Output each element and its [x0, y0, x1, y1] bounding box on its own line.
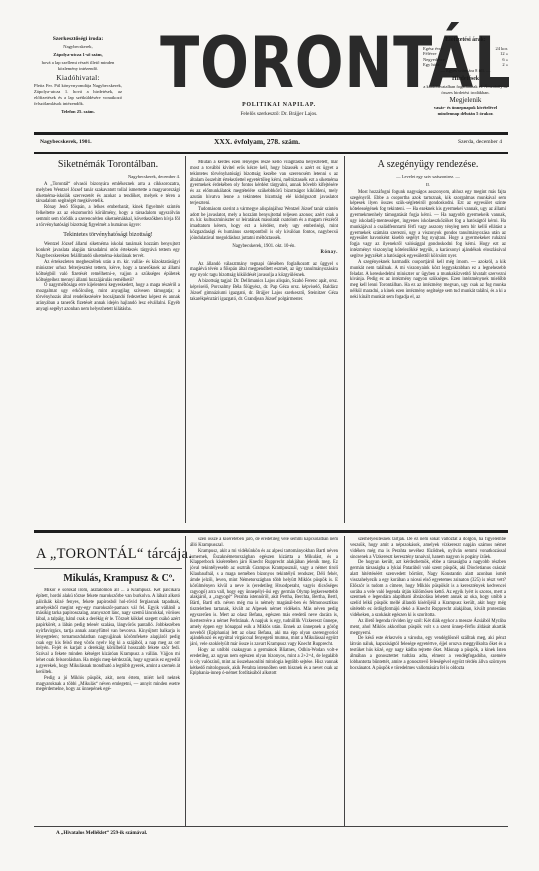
editorial-city: Nagybecskerek,	[34, 44, 122, 50]
article-subtitle: — Levelet egy sziv szászonirez. —	[350, 174, 506, 180]
signature: Rónay.	[190, 250, 338, 256]
paragraph: A bizottság tagjai: Dr. Dellimanics Lajo…	[190, 279, 338, 302]
paragraph: A szegényeknek harmadik csoportjáról kel…	[350, 260, 506, 301]
publisher-heading: Kiadóhivatal:	[34, 75, 122, 81]
feuilleton-col-3: személyesítésnek tartják. De ez nem soka…	[350, 537, 506, 824]
part-number: II.	[350, 182, 506, 188]
paragraph-address: Tekintetes törvényhatósági bizottság!	[36, 233, 180, 239]
paragraph: Hogy az utóbbi csakugyan a germánok Blia…	[190, 648, 338, 677]
volume-number: XXX. évfolyam, 278. szám.	[214, 137, 300, 146]
paragraph: De hogyan került, azt kérdezhetnök, ebbe…	[350, 560, 506, 618]
appears-text: vasár- és ünnepnapok kivételével mindenn…	[423, 105, 508, 116]
article-deaf-mute-cont: Miután a kérdés ezen lényeges része kell…	[190, 160, 338, 520]
paragraph: Mikor e sorokat írom, asztalomon áll ...…	[36, 588, 180, 676]
feuilleton-col-2: szen össze a kiséretében járó, de eredet…	[190, 537, 338, 824]
article-poor-relief: A szegényügy rendezése. — Levelet egy sz…	[350, 158, 506, 515]
publisher-text: Pleitz Fer. Pál könyvnyomdája Nagybecske…	[34, 83, 122, 107]
paragraph: Most hozzáfogni fogunk nagyságos asszony…	[350, 190, 506, 260]
editorial-address: Zápolya-utcza 1-ső szám,	[34, 52, 122, 58]
feuilleton-divider	[34, 530, 508, 533]
price-table: Egész évre24 kor. Félévre12 » Negyedévre…	[423, 46, 508, 68]
paragraph: Az értekezleten megbeszéltek után a m. k…	[36, 260, 180, 283]
dateline: Nagybecskerek, december 4.	[36, 174, 180, 180]
paragraph: Tudomásom szerint a vármegye alispánjáho…	[190, 207, 338, 242]
divider	[34, 152, 508, 154]
article-title: A szegényügy rendezése.	[350, 159, 506, 171]
single-issue-price: — Egyes szám ára 8 fill. —	[423, 68, 508, 74]
article-title: Siketnémák Torontálban.	[36, 159, 180, 171]
appears-heading: Megjelenik	[423, 98, 508, 104]
prices-heading: Előfizetési árak:	[423, 38, 508, 44]
newspaper-page: Szerkesztőségi iroda: Nagybecskerek, Záp…	[34, 0, 508, 871]
paragraph: De késő este érkezvén a városba, egy ven…	[350, 636, 506, 671]
editorial-office-box: Szerkesztőségi iroda: Nagybecskerek, Záp…	[34, 36, 122, 117]
issue-info-bar: Nagybecskerek, 1901. XXX. évfolyam, 278.…	[34, 135, 508, 149]
paragraph: Pedig a jó Miklós püspök, akit, nem érte…	[36, 676, 180, 694]
paragraph: Az illető legenda röviden így szól: Két …	[350, 619, 506, 637]
paragraph: Ő nagyméltósága erre kijelenteni kegyesk…	[36, 283, 180, 312]
feuilleton-section-title: A „TORONTÁL“ tárcája.	[36, 546, 192, 563]
paragraph: A „Torontál“ olvasói bizonyára emlékezne…	[36, 182, 180, 205]
subscription-box: Előfizetési árak: Egész évre24 kor. Félé…	[423, 38, 508, 116]
paragraph: Krampusz, akit a mi vidékünkön és az alp…	[190, 549, 338, 648]
paragraph: Rónay Jenő főispán, a lelkes emberbarát,…	[36, 205, 180, 228]
issue-date: Szerda, december 4	[458, 139, 502, 145]
article-deaf-mute: Siketnémák Torontálban. Nagybecskerek, d…	[36, 158, 180, 520]
column-rule	[185, 156, 186, 523]
ads-text: a kiadóhivatalban fogadtatnak el. Árszab…	[423, 84, 508, 95]
paragraph: személyesítésnek tartják. De ez nem soka…	[350, 537, 506, 560]
place-year: Nagybecskerek, 1901.	[40, 139, 92, 145]
phone: Telefon 25. szám.	[34, 109, 122, 115]
divider	[34, 826, 508, 827]
paragraph: Az állandó választmány tegnapi ülésében …	[190, 262, 338, 280]
column-rule	[344, 156, 345, 523]
ads-heading: Hirdetések	[423, 77, 508, 83]
paragraph: Miután a kérdés ezen lényeges része kell…	[190, 160, 338, 207]
column-rule	[185, 536, 186, 826]
editor-line: Felelős szerkesztő: Dr. Brájjer Lajos.	[134, 111, 424, 117]
divider	[34, 568, 182, 569]
editorial-note: hová a lap szellemi részét illető minden…	[34, 60, 122, 72]
footer-note: A „Hivatalos Melléklet“ 259-ik számával.	[56, 830, 147, 836]
newspaper-title: TORONTÁL	[160, 28, 398, 98]
masthead: Szerkesztőségi iroda: Nagybecskerek, Záp…	[34, 28, 508, 130]
feuilleton-col-1: Mikor e sorokat írom, asztalomon áll ...…	[36, 588, 180, 823]
paragraph: szen össze a kiséretében járó, de eredet…	[190, 537, 338, 549]
title-block: TORONTÁL POLITIKAI NAPILAP. Felelős szer…	[134, 28, 424, 117]
column-rule	[344, 536, 345, 826]
feuilleton-title: Mikulás, Krampusz & Cº.	[54, 573, 184, 584]
editorial-heading: Szerkesztőségi iroda:	[34, 36, 122, 42]
paragraph: Wentzel József állami siketnéma iskolai …	[36, 242, 180, 260]
